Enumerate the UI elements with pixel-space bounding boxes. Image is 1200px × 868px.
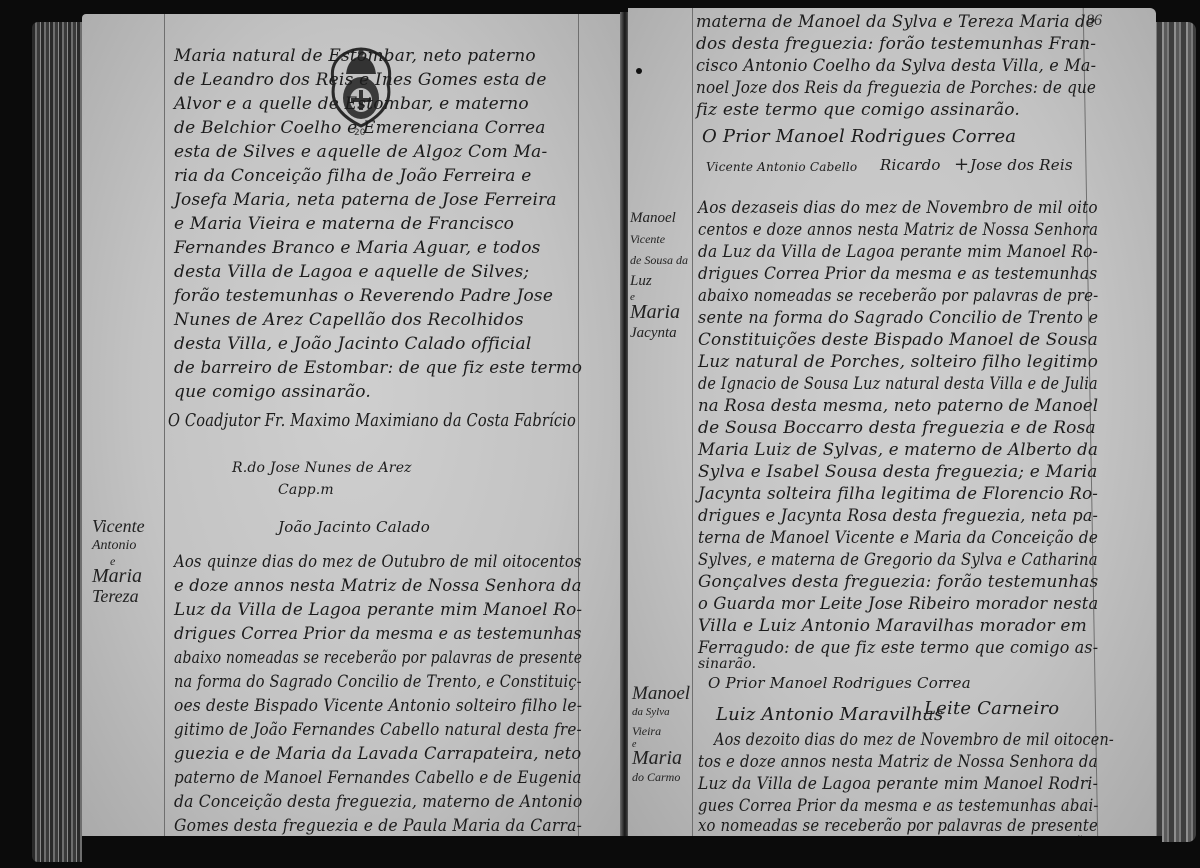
signature: João Jacinto Calado: [278, 518, 430, 536]
margin-name: Maria: [92, 566, 145, 586]
text-line: sente na forma do Sagrado Concilio de Tr…: [698, 308, 1098, 328]
text-line: gues Correa Prior da mesma e as testemun…: [698, 796, 1099, 816]
text-line: que comigo assinarão.: [174, 382, 371, 402]
left-page: 20 Maria natural de Estombar, neto pater…: [82, 14, 622, 856]
text-line: Luz da Villa de Lagoa perante mim Manoel…: [698, 774, 1098, 794]
signature: O Prior Manoel Rodrigues Correa: [708, 674, 971, 692]
left-page-edges: [32, 22, 84, 862]
text-line: Constituições deste Bispado Manoel de So…: [698, 330, 1098, 350]
signature: Leite Carneiro: [924, 698, 1059, 719]
signature: O Coadjutor Fr. Maximo Maximiano da Cost…: [168, 410, 576, 431]
margin-name: Antonio: [92, 536, 145, 556]
text-line: e doze annos nesta Matriz de Nossa Senho…: [174, 576, 582, 596]
margin-name: Maria: [632, 749, 690, 768]
text-line: na Rosa desta mesma, neto paterno de Man…: [698, 396, 1098, 416]
text-line: Nunes de Arez Capellão dos Recolhidos: [174, 310, 524, 330]
text-line: abaixo nomeadas se receberão por palavra…: [698, 286, 1098, 306]
margin-name: Manoel: [630, 208, 688, 229]
text-line: Jacynta solteira filha legitima de Flore…: [698, 484, 1098, 504]
text-line: Sylves, e materna de Gregorio da Sylva e…: [698, 550, 1098, 570]
text-line: da Luz da Villa de Lagoa perante mim Man…: [698, 242, 1098, 262]
margin-name: Jacynta: [630, 323, 688, 344]
text-line: Josefa Maria, neta paterna de Jose Ferre…: [174, 190, 557, 210]
text-line: Luz natural de Porches, solteiro filho l…: [698, 352, 1098, 372]
margin-note-names: Manoel Vicente de Sousa da Luz e Maria J…: [630, 208, 688, 344]
text-line: de barreiro de Estombar: de que fiz este…: [174, 358, 582, 378]
signature: Vicente Antonio Cabello: [706, 160, 857, 174]
signature: O Prior Manoel Rodrigues Correa: [702, 126, 1016, 147]
margin-name: do Carmo: [632, 768, 690, 787]
text-line: Maria Luiz de Sylvas, e materno de Alber…: [698, 440, 1098, 460]
text-line: Villa e Luiz Antonio Maravilhas morador …: [698, 616, 1087, 636]
right-page-edges: [1150, 22, 1196, 842]
text-line: esta de Silves e aquelle de Algoz Com Ma…: [174, 142, 547, 162]
text-line: de Sousa Boccarro desta freguezia e de R…: [698, 418, 1096, 438]
margin-name: Vicente: [630, 229, 688, 250]
text-line: o Guarda mor Leite Jose Ribeiro morador …: [698, 594, 1098, 614]
text-line: drigues e Jacynta Rosa desta freguezia, …: [698, 506, 1098, 526]
margin-name: de Sousa da: [630, 250, 688, 271]
text-line: da Conceição desta freguezia, materno de…: [174, 792, 582, 812]
margin-note-names: Manoel da Sylva Vieira e Maria do Carmo: [632, 684, 690, 787]
signature: Luiz Antonio Maravilhas: [716, 704, 943, 725]
text-line: Ferragudo: de que fiz este termo que com…: [698, 638, 1098, 658]
text-line: xo nomeadas se receberão por palavras de…: [698, 816, 1098, 836]
margin-name: Maria: [630, 302, 688, 323]
text-line: drigues Correa Prior da mesma e as teste…: [174, 624, 582, 644]
text-line: guezia e de Maria da Lavada Carrapateira…: [174, 744, 581, 764]
bottom-shadow: [82, 836, 1162, 868]
text-line: fiz este termo que comigo assinarão.: [696, 100, 1020, 120]
margin-name: Vicente: [92, 516, 145, 536]
text-line: oes deste Bispado Vicente Antonio soltei…: [174, 696, 582, 716]
text-line: Alvor e a quelle de Estombar, e materno: [174, 94, 529, 114]
text-line: de Leandro dos Reis e Ines Gomes esta de: [174, 70, 547, 90]
text-line: Luz da Villa de Lagoa perante mim Manoel…: [174, 600, 582, 620]
text-line: dos desta freguezia: forão testemunhas F…: [696, 34, 1096, 54]
text-line: drigues Correa Prior da mesma e as teste…: [698, 264, 1097, 284]
text-line: na forma do Sagrado Concilio de Trento, …: [174, 672, 582, 692]
text-line: centos e doze annos nesta Matriz de Noss…: [698, 220, 1098, 240]
text-line: Gonçalves desta freguezia: forão testemu…: [698, 572, 1098, 592]
text-line: gitimo de João Fernandes Cabello natural…: [174, 720, 582, 740]
text-line: sinarão.: [698, 656, 756, 672]
text-line: Fernandes Branco e Maria Aguar, e todos: [174, 238, 541, 258]
margin-name: Vieira: [632, 722, 690, 741]
text-line: de Belchior Coelho e Emerenciana Correa: [174, 118, 546, 138]
text-line: Aos quinze dias do mez de Outubro de mil…: [174, 552, 582, 572]
text-line: noel Joze dos Reis da freguezia de Porch…: [696, 78, 1096, 98]
text-line: abaixo nomeadas se receberão por palavra…: [174, 648, 582, 668]
text-line: e Maria Vieira e materna de Francisco: [174, 214, 514, 234]
signature: Capp.m: [278, 482, 334, 498]
margin-note-names: Vicente Antonio e Maria Tereza: [92, 516, 145, 606]
text-line: materna de Manoel da Sylva e Tereza Mari…: [696, 12, 1096, 32]
signature: Jose dos Reis: [970, 156, 1073, 174]
text-line: tos e doze annos nesta Matriz de Nossa S…: [698, 752, 1098, 772]
text-line: Gomes desta freguezia e de Paula Maria d…: [174, 816, 582, 836]
margin-name: Luz: [630, 271, 688, 292]
left-margin-rule: [692, 8, 693, 844]
text-line: de Ignacio de Sousa Luz natural desta Vi…: [698, 374, 1098, 394]
margin-name: Tereza: [92, 586, 145, 606]
open-register-book: 20 Maria natural de Estombar, neto pater…: [0, 0, 1200, 868]
ink-spot: [636, 68, 642, 74]
left-margin-rule: [164, 14, 165, 856]
signature: Ricardo: [880, 156, 941, 174]
right-page: 86 materna de Manoel da Sylva e Tereza M…: [628, 8, 1156, 844]
text-line: paterno de Manoel Fernandes Cabello e de…: [174, 768, 582, 788]
text-line: Aos dezoito dias do mez de Novembro de m…: [714, 730, 1114, 750]
text-line: desta Villa, e João Jacinto Calado offic…: [174, 334, 532, 354]
text-line: terna de Manoel Vicente e Maria da Conce…: [698, 528, 1098, 548]
text-line: Sylva e Isabel Sousa desta freguezia; e …: [698, 462, 1098, 482]
margin-name: Manoel: [632, 684, 690, 703]
margin-name: da Sylva: [632, 703, 690, 722]
text-line: ria da Conceição filha de João Ferreira …: [174, 166, 531, 186]
text-line: cisco Antonio Coelho da Sylva desta Vill…: [696, 56, 1096, 76]
text-line: forão testemunhas o Reverendo Padre Jose: [174, 286, 553, 306]
text-line: Maria natural de Estombar, neto paterno: [174, 46, 536, 66]
signature: R.do Jose Nunes de Arez: [232, 460, 412, 476]
text-line: desta Villa de Lagoa e aquelle de Silves…: [174, 262, 529, 282]
text-line: Aos dezaseis dias do mez de Novembro de …: [698, 198, 1098, 218]
cross-mark-icon: +: [954, 154, 969, 175]
